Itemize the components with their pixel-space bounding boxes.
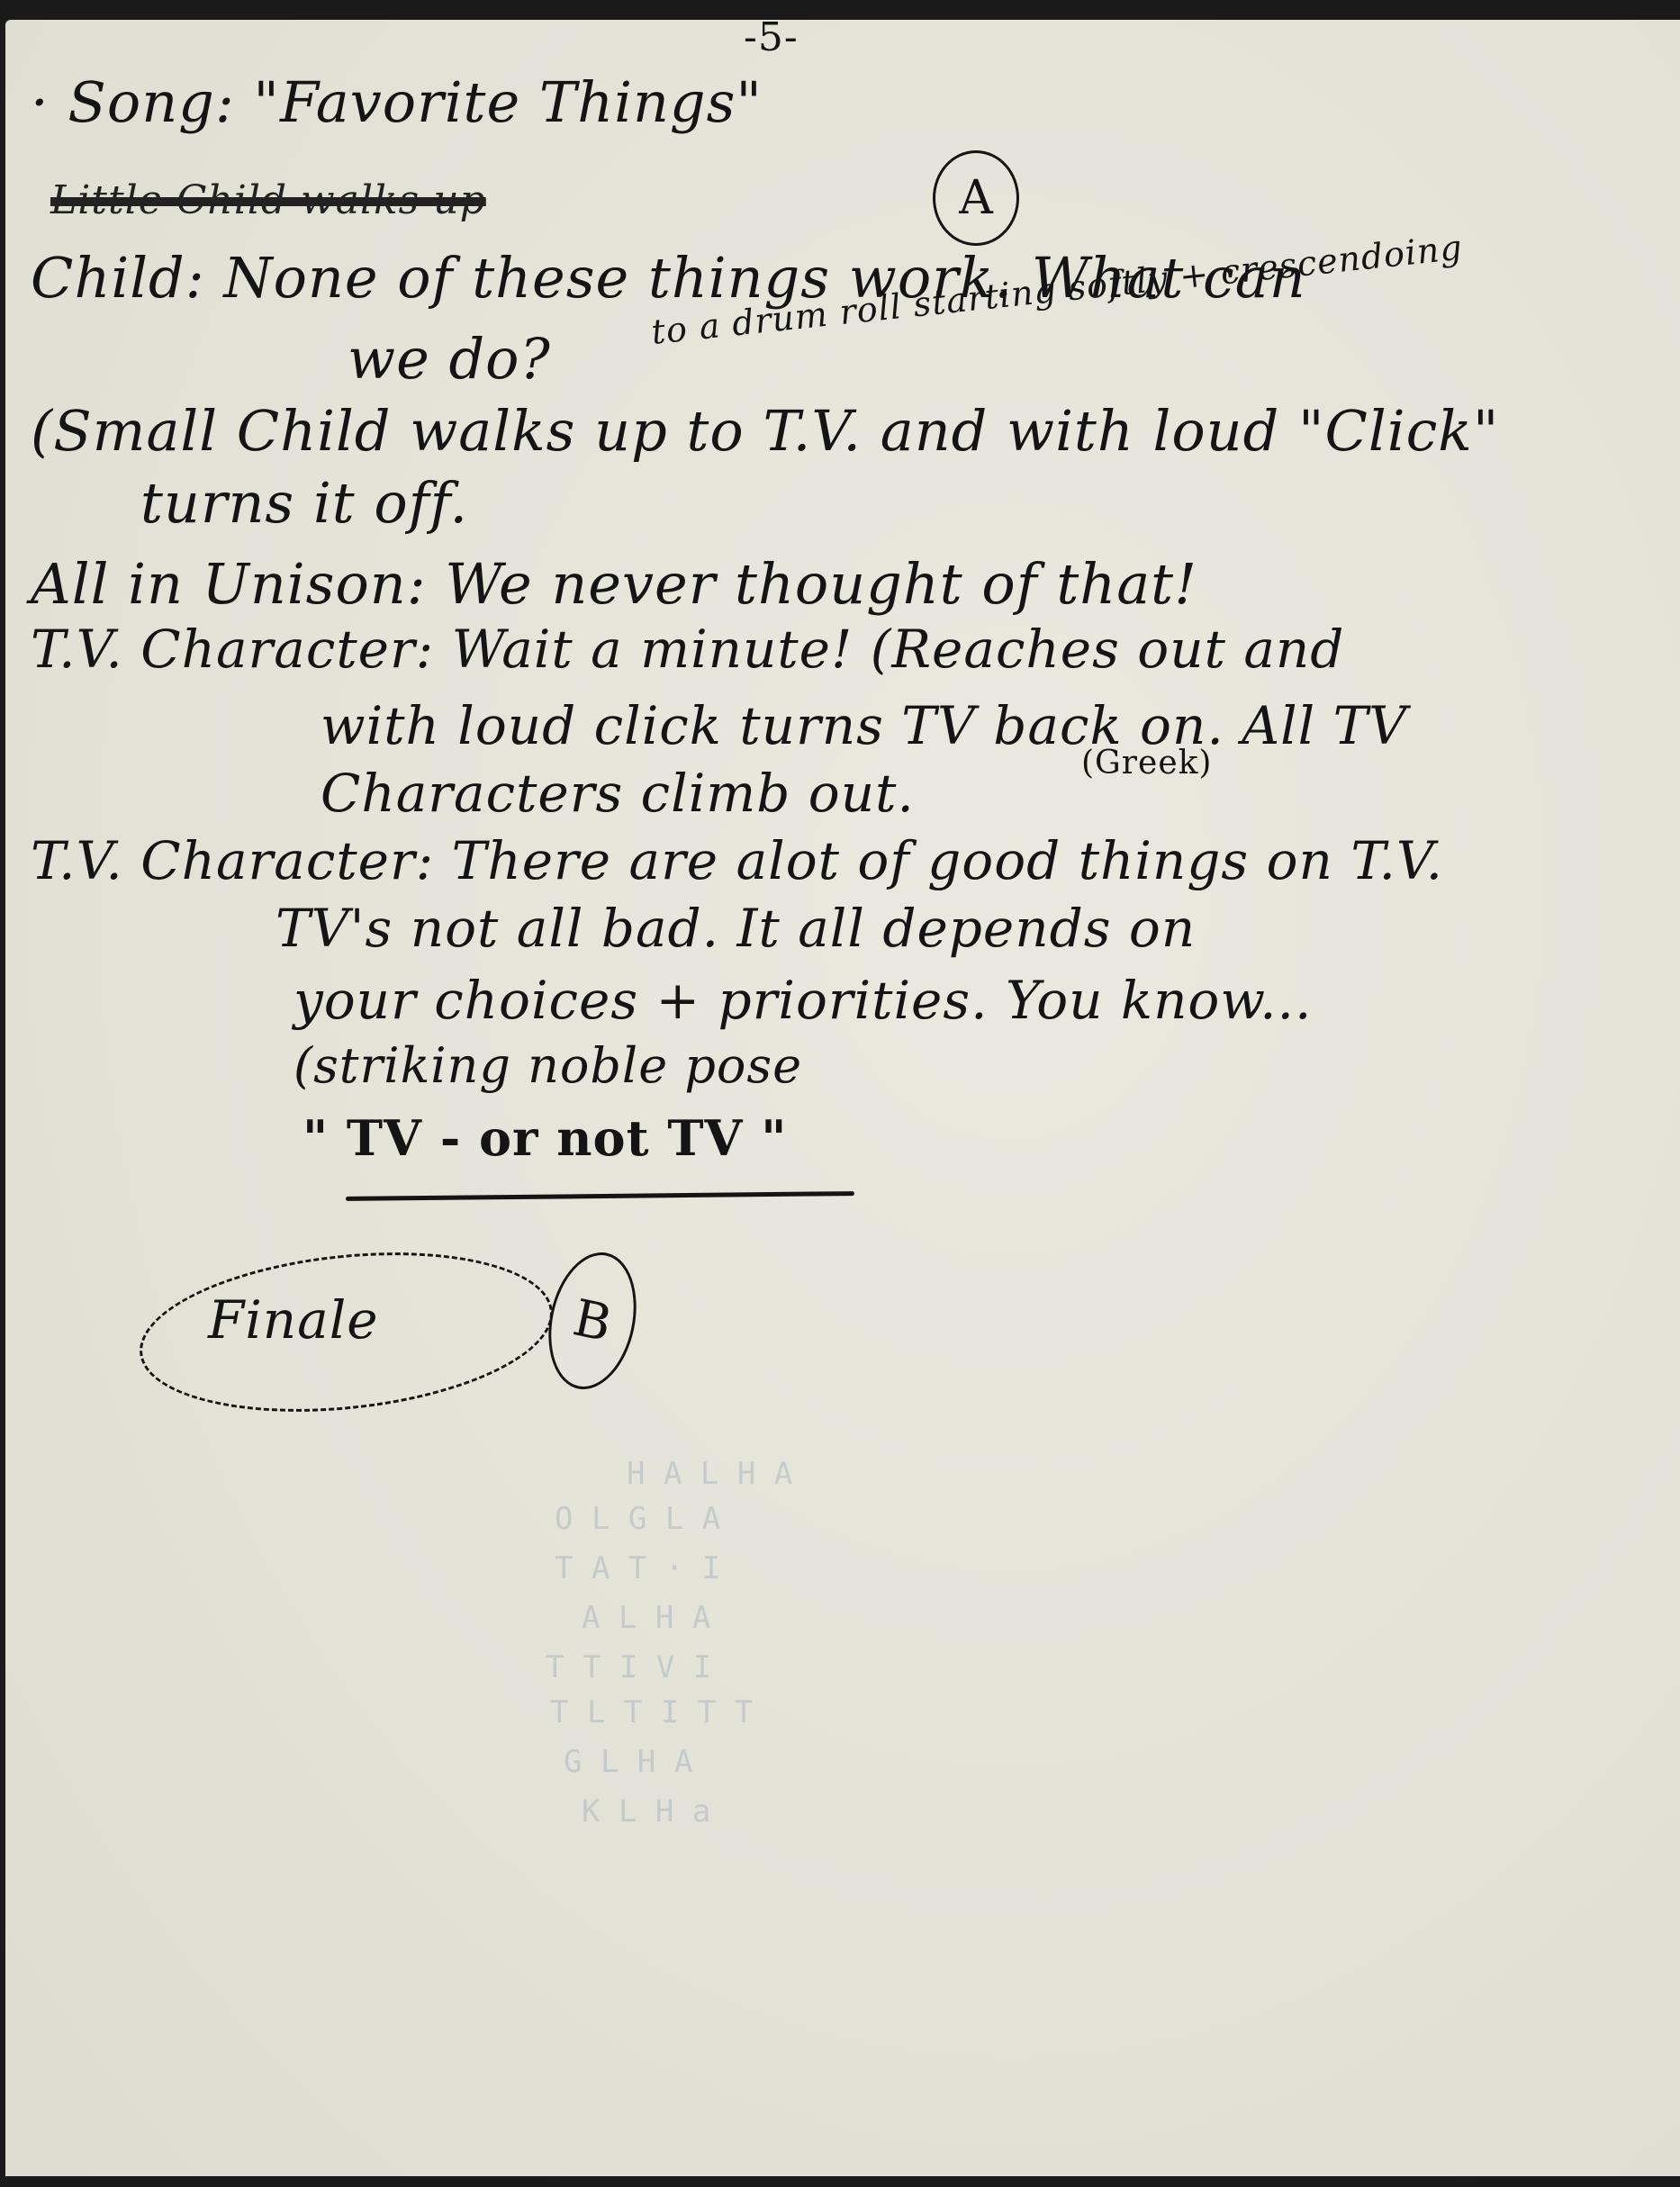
bleed-through-text: T L T I T T bbox=[550, 1694, 753, 1731]
tv-character-line-2a: T.V. Character: There are alot of good t… bbox=[31, 830, 1443, 891]
page-number: -5- bbox=[744, 14, 799, 60]
bleed-through-text: T A T · I bbox=[555, 1550, 720, 1586]
stage-direction-line-2: turns it off. bbox=[140, 470, 468, 536]
finale-label: Finale bbox=[208, 1289, 379, 1351]
bleed-through-text: A L H A bbox=[582, 1600, 710, 1636]
bleed-through-text: K L H a bbox=[582, 1794, 710, 1830]
section-marker-a: A bbox=[933, 150, 1019, 246]
section-marker-b-label: B bbox=[568, 1288, 617, 1353]
song-heading: · Song: "Favorite Things" bbox=[31, 69, 763, 135]
section-marker-b: B bbox=[537, 1244, 648, 1397]
bleed-through-text: O L G L A bbox=[555, 1501, 720, 1537]
all-in-unison-line: All in Unison: We never thought of that! bbox=[31, 551, 1197, 617]
tv-character-line-1c: Characters climb out. bbox=[321, 763, 915, 824]
tv-character-line-1a: T.V. Character: Wait a minute! (Reaches … bbox=[31, 619, 1344, 680]
bleed-through-text: T T I V I bbox=[546, 1649, 711, 1685]
bleed-through-text: G L H A bbox=[564, 1744, 692, 1780]
quote-underline bbox=[346, 1191, 854, 1201]
child-line-2: we do? bbox=[348, 326, 551, 392]
tv-character-line-2d: (striking noble pose bbox=[294, 1037, 802, 1094]
tv-or-not-tv-quote: " TV - or not TV " bbox=[303, 1109, 787, 1167]
section-marker-a-label: A bbox=[959, 171, 993, 225]
bleed-through-text: H A L H A bbox=[627, 1456, 792, 1492]
struck-out-line: Little Child walks up bbox=[50, 177, 486, 223]
greek-note: (Greek) bbox=[1081, 745, 1212, 782]
scanned-page: -5- · Song: "Favorite Things" Little Chi… bbox=[5, 20, 1680, 2176]
tv-character-line-1b: with loud click turns TV back on. All TV bbox=[321, 695, 1407, 756]
tv-character-line-2c: your choices + priorities. You know... bbox=[294, 970, 1312, 1031]
stage-direction-line-1: (Small Child walks up to T.V. and with l… bbox=[31, 398, 1499, 464]
tv-character-line-2b: TV's not all bad. It all depends on bbox=[275, 898, 1196, 959]
